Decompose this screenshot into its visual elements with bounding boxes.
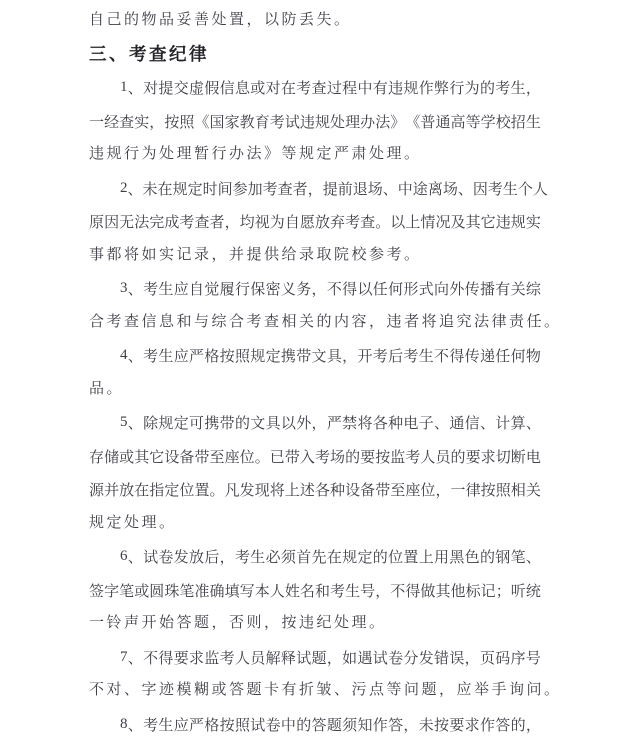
text-char: 考 xyxy=(220,647,235,668)
text-line: 违规行为处理暂行办法》等规定严肃处理。 xyxy=(89,138,541,172)
text-char: ， xyxy=(526,77,541,98)
text-char: 题 xyxy=(312,647,327,668)
text-char: ， xyxy=(375,580,390,601)
text-char: 4 xyxy=(120,347,128,364)
text-char: 考 xyxy=(315,446,330,467)
text-char: 现 xyxy=(255,479,270,500)
text-char: 、 xyxy=(128,278,143,299)
text-line: 8、考生应严格按照试卷中的答题须知作答，未按要求作答的， xyxy=(89,708,541,742)
text-char: 考 xyxy=(373,345,388,366)
text-char: 须 xyxy=(342,714,357,735)
text-char: 格 xyxy=(204,714,219,735)
text-char: 考 xyxy=(143,714,158,735)
text-char: 查 xyxy=(194,211,209,232)
text-char: 息 xyxy=(235,77,250,98)
text-char: 带 xyxy=(296,345,311,366)
text-char: ， xyxy=(342,345,357,366)
text-char: 有 xyxy=(373,77,388,98)
text-char: 定 xyxy=(188,178,203,199)
text-char: 色 xyxy=(465,546,480,567)
text-char: 监 xyxy=(390,446,405,467)
text-char: ； xyxy=(496,580,511,601)
text-char: 1 xyxy=(120,79,128,96)
text-char: 相 xyxy=(511,479,526,500)
text-char: 各 xyxy=(315,479,330,500)
text-char: 行 xyxy=(449,77,464,98)
text-char: 圆 xyxy=(149,580,164,601)
text-char: 已 xyxy=(270,446,285,467)
text-char: 何 xyxy=(388,278,403,299)
text-char: 他 xyxy=(451,580,466,601)
text-line: 原因无法完成考查者，均视为自愿放弃考查。以上情况及其它违规实 xyxy=(89,205,541,239)
text-char: 招 xyxy=(511,111,526,132)
text-char: 监 xyxy=(204,647,219,668)
text-char: 文 xyxy=(250,412,265,433)
text-char: 卷 xyxy=(266,714,281,735)
text-char: 求 xyxy=(189,647,204,668)
text-char: 指 xyxy=(149,479,164,500)
text-char: 以 xyxy=(390,211,405,232)
text-char: 外 xyxy=(449,278,464,299)
text-char: 假 xyxy=(204,77,219,98)
text-char: 生 xyxy=(511,77,526,98)
text-char: 珠 xyxy=(164,580,179,601)
text-char: 具 xyxy=(266,412,281,433)
text-char: 查 xyxy=(312,77,327,98)
text-char: 中 xyxy=(357,77,372,98)
text-char: 将 xyxy=(357,412,372,433)
text-char: 确 xyxy=(210,580,225,601)
text-line: 源并放在指定位置。凡发现将上述各种设备带至座位，一律按照相关 xyxy=(89,473,541,507)
text-char: 一 xyxy=(89,111,104,132)
text-char: 《 xyxy=(405,111,420,132)
text-char: 实 xyxy=(134,111,149,132)
text-char: 要 xyxy=(174,647,189,668)
text-char: 考 xyxy=(495,77,510,98)
text-char: 文 xyxy=(312,345,327,366)
text-char: 求 xyxy=(481,446,496,467)
text-char: 照 xyxy=(179,111,194,132)
text-char: 按 xyxy=(375,446,390,467)
text-char: 愿 xyxy=(300,211,315,232)
text-char: 试 xyxy=(285,111,300,132)
text-char: 其 xyxy=(435,580,450,601)
text-char: 种 xyxy=(330,479,345,500)
text-char: 查 xyxy=(119,111,134,132)
text-char: 笔 xyxy=(179,580,194,601)
text-char: 备 xyxy=(360,479,375,500)
text-char: 时 xyxy=(203,178,218,199)
text-char: 不 xyxy=(327,278,342,299)
text-char: 生 xyxy=(158,714,173,735)
text-char: 违 xyxy=(300,111,315,132)
text-char: 因 xyxy=(104,211,119,232)
text-char: 试 xyxy=(250,714,265,735)
text-char: 用 xyxy=(434,546,449,567)
text-char: 离 xyxy=(428,178,443,199)
text-char: 照 xyxy=(235,714,250,735)
text-char: 先 xyxy=(312,546,327,567)
text-char: 生 xyxy=(526,111,541,132)
text-char: 要 xyxy=(449,714,464,735)
text-char: 自 xyxy=(189,278,204,299)
text-char: 得 xyxy=(158,647,173,668)
text-char: 关 xyxy=(511,278,526,299)
text-char: 为 xyxy=(270,211,285,232)
text-line: 7、不得要求监考人员解释试题，如遇试卷分发错误，页码序号 xyxy=(89,641,541,675)
text-char: 生 xyxy=(158,278,173,299)
text-char: 应 xyxy=(174,714,189,735)
text-char: 的 xyxy=(480,77,495,98)
text-char: 生 xyxy=(250,546,265,567)
text-char: 要 xyxy=(360,446,375,467)
text-char: 规 xyxy=(342,546,357,567)
section-heading: 三、考查纪律 xyxy=(89,38,541,72)
text-char: 参 xyxy=(233,178,248,199)
text-char: 关 xyxy=(526,479,541,500)
text-char: 笔 xyxy=(119,580,134,601)
text-char: 上 xyxy=(285,479,300,500)
text-char: 标 xyxy=(466,580,481,601)
text-char: 错 xyxy=(434,647,449,668)
text-line: 不对、字迹模糊或答题卡有折皱、污点等问题，应举手询问。 xyxy=(89,674,541,708)
text-char: 姓 xyxy=(285,580,300,601)
text-char: 5 xyxy=(120,414,128,431)
text-char: 上 xyxy=(419,546,434,567)
text-char: 考 xyxy=(488,178,503,199)
text-char: 何 xyxy=(511,345,526,366)
text-char: ， xyxy=(465,647,480,668)
text-char: ， xyxy=(403,714,418,735)
text-char: 禁 xyxy=(342,412,357,433)
text-line: 规定处理。 xyxy=(89,507,541,541)
text-char: 况 xyxy=(435,211,450,232)
text-line: 一经查实，按照《国家教育考试违规处理办法》《普通高等学校招生 xyxy=(89,105,541,139)
text-char: 校 xyxy=(496,111,511,132)
text-char: 、 xyxy=(383,178,398,199)
text-char: ， xyxy=(312,412,327,433)
text-line: 5、除规定可携带的文具以外，严禁将各种电子、通信、计算、 xyxy=(89,406,541,440)
text-char: 、 xyxy=(526,412,541,433)
text-char: 存 xyxy=(89,446,104,467)
text-char: 卷 xyxy=(388,647,403,668)
text-char: 种 xyxy=(388,412,403,433)
text-char: 准 xyxy=(194,580,209,601)
text-char: 名 xyxy=(300,580,315,601)
text-char: 放 xyxy=(315,211,330,232)
text-char: 场 xyxy=(368,178,383,199)
text-char: 带 xyxy=(220,412,235,433)
text-char: 算 xyxy=(511,412,526,433)
text-char: 过 xyxy=(327,77,342,98)
text-line: 6、试卷发放后，考生必须首先在规定的位置上用黑色的钢笔、 xyxy=(89,540,541,574)
text-char: 子 xyxy=(419,412,434,433)
text-line: 2、未在规定时间参加考查者，提前退场、中途离场、因考生个人 xyxy=(89,172,541,206)
text-char: ， xyxy=(220,546,235,567)
text-char: 务 xyxy=(296,278,311,299)
text-char: 递 xyxy=(480,345,495,366)
text-char: 不 xyxy=(143,647,158,668)
text-char: 等 xyxy=(466,111,481,132)
text-char: 储 xyxy=(104,446,119,467)
text-char: 者 xyxy=(210,211,225,232)
text-char: 它 xyxy=(481,211,496,232)
text-char: 带 xyxy=(285,446,300,467)
text-char: 国 xyxy=(210,111,225,132)
text-char: ， xyxy=(149,111,164,132)
text-char: 》 xyxy=(390,111,405,132)
text-char: 不 xyxy=(390,580,405,601)
text-char: 场 xyxy=(330,446,345,467)
text-char: 严 xyxy=(189,345,204,366)
text-char: 至 xyxy=(390,479,405,500)
text-char: 卷 xyxy=(158,546,173,567)
text-char: 分 xyxy=(403,647,418,668)
text-char: 它 xyxy=(149,446,164,467)
text-char: 格 xyxy=(204,345,219,366)
text-char: 的 xyxy=(345,446,360,467)
text-char: 高 xyxy=(451,111,466,132)
text-char: 规 xyxy=(158,412,173,433)
text-char: 律 xyxy=(466,479,481,500)
text-char: 、 xyxy=(128,345,143,366)
text-char: 一 xyxy=(451,479,466,500)
text-char: 的 xyxy=(296,714,311,735)
text-char: 的 xyxy=(373,546,388,567)
text-char: 电 xyxy=(526,446,541,467)
text-char: 或 xyxy=(250,77,265,98)
text-char: 号 xyxy=(526,647,541,668)
document-page: 自己的物品妥善处置，以防丢失。三、考查纪律1、对提交虚假信息或对在考查过程中有违… xyxy=(0,0,628,744)
text-char: 保 xyxy=(250,278,265,299)
text-char: 切 xyxy=(496,446,511,467)
text-char: 以 xyxy=(281,412,296,433)
text-char: 放 xyxy=(189,546,204,567)
text-char: 加 xyxy=(248,178,263,199)
text-char: 上 xyxy=(405,211,420,232)
text-char: 、 xyxy=(526,546,541,567)
text-char: 无 xyxy=(119,211,134,232)
text-char: 传 xyxy=(465,345,480,366)
text-char: 座 xyxy=(405,479,420,500)
text-char: 位 xyxy=(420,479,435,500)
text-char: 应 xyxy=(174,278,189,299)
text-char: 设 xyxy=(164,446,179,467)
text-char: 3 xyxy=(120,280,128,297)
text-char: 、 xyxy=(458,178,473,199)
text-char: 入 xyxy=(300,446,315,467)
text-char: 考 xyxy=(270,111,285,132)
text-char: 答 xyxy=(388,714,403,735)
text-char: 其 xyxy=(134,446,149,467)
text-char: 不 xyxy=(434,345,449,366)
text-char: 源 xyxy=(89,479,104,500)
text-char: 处 xyxy=(330,111,345,132)
text-char: 座 xyxy=(225,446,240,467)
text-char: 考 xyxy=(405,446,420,467)
text-char: 得 xyxy=(449,345,464,366)
text-char: 《 xyxy=(194,111,209,132)
text-char: 后 xyxy=(204,546,219,567)
document-body: 自己的物品妥善处置，以防丢失。三、考查纪律1、对提交虚假信息或对在考查过程中有违… xyxy=(0,0,541,741)
text-char: 定 xyxy=(357,546,372,567)
text-char: 页 xyxy=(480,647,495,668)
text-char: 得 xyxy=(405,580,420,601)
text-char: 规 xyxy=(250,345,265,366)
text-char: 在 xyxy=(134,479,149,500)
text-char: 应 xyxy=(174,345,189,366)
text-char: 将 xyxy=(270,479,285,500)
text-char: 实 xyxy=(526,211,541,232)
text-char: 序 xyxy=(511,647,526,668)
text-char: 。 xyxy=(210,479,225,500)
text-char: 生 xyxy=(503,178,518,199)
text-char: 统 xyxy=(526,580,541,601)
text-char: 。 xyxy=(255,446,270,467)
text-char: 普 xyxy=(420,111,435,132)
text-char: 有 xyxy=(495,278,510,299)
text-line: 3、考生应自觉履行保密义务，不得以任何形式向外传播有关综 xyxy=(89,272,541,306)
text-char: 凡 xyxy=(225,479,240,500)
text-char: 设 xyxy=(345,479,360,500)
text-char: 及 xyxy=(451,211,466,232)
text-char: 者 xyxy=(293,178,308,199)
text-char: 规 xyxy=(403,77,418,98)
text-char: 发 xyxy=(419,647,434,668)
text-char: 、 xyxy=(128,412,143,433)
text-line: 签字笔或圆珠笔准确填写本人姓名和考生号，不得做其他标记；听统 xyxy=(89,574,541,608)
text-char: ， xyxy=(327,647,342,668)
text-char: 法 xyxy=(375,111,390,132)
text-char: 如 xyxy=(342,647,357,668)
text-char: 考 xyxy=(403,345,418,366)
text-char: 退 xyxy=(353,178,368,199)
text-char: 提 xyxy=(158,77,173,98)
text-char: 答 xyxy=(312,714,327,735)
text-char: 、 xyxy=(434,412,449,433)
text-char: 按 xyxy=(481,479,496,500)
text-char: 违 xyxy=(388,77,403,98)
text-char: 播 xyxy=(480,278,495,299)
text-char: 以 xyxy=(357,278,372,299)
text-char: 向 xyxy=(434,278,449,299)
text-line: 一铃声开始答题，否则，按违纪处理。 xyxy=(89,607,541,641)
text-char: 位 xyxy=(388,546,403,567)
text-char: 因 xyxy=(473,178,488,199)
text-char: 考 xyxy=(345,211,360,232)
text-char: ， xyxy=(308,178,323,199)
text-char: 作 xyxy=(480,714,495,735)
text-char: 释 xyxy=(281,647,296,668)
text-char: 严 xyxy=(189,714,204,735)
text-char: 携 xyxy=(281,345,296,366)
text-char: 生 xyxy=(158,345,173,366)
text-line: 1、对提交虚假信息或对在考查过程中有违规作弊行为的考生， xyxy=(89,71,541,105)
text-char: 试 xyxy=(296,647,311,668)
text-char: 对 xyxy=(266,77,281,98)
text-char: 做 xyxy=(420,580,435,601)
text-char: 办 xyxy=(360,111,375,132)
text-char: 个 xyxy=(518,178,533,199)
text-char: 、 xyxy=(128,647,143,668)
text-char: 本 xyxy=(255,580,270,601)
text-char: 发 xyxy=(174,546,189,567)
text-line: 自己的物品妥善处置，以防丢失。 xyxy=(89,4,541,38)
text-char: 、 xyxy=(128,178,143,199)
text-char: 作 xyxy=(419,77,434,98)
text-char: 按 xyxy=(434,714,449,735)
text-char: 具 xyxy=(327,345,342,366)
text-char: 履 xyxy=(220,278,235,299)
text-char: 规 xyxy=(511,211,526,232)
text-char: 生 xyxy=(419,345,434,366)
text-char: 定 xyxy=(174,412,189,433)
text-char: 照 xyxy=(235,345,250,366)
text-char: 学 xyxy=(481,111,496,132)
text-char: 至 xyxy=(210,446,225,467)
text-char: 写 xyxy=(240,580,255,601)
text-char: 求 xyxy=(465,714,480,735)
text-char: 外 xyxy=(296,412,311,433)
text-char: 程 xyxy=(342,77,357,98)
text-char: 和 xyxy=(315,580,330,601)
text-char: 述 xyxy=(300,479,315,500)
text-char: ， xyxy=(312,278,327,299)
text-char: 置 xyxy=(403,546,418,567)
text-char: 在 xyxy=(281,77,296,98)
text-char: 7 xyxy=(120,649,128,666)
text-char: 按 xyxy=(164,111,179,132)
text-char: 考 xyxy=(296,77,311,98)
text-char: 信 xyxy=(220,77,235,98)
text-char: 并 xyxy=(104,479,119,500)
text-char: 前 xyxy=(338,178,353,199)
text-char: 。 xyxy=(375,211,390,232)
text-char: 考 xyxy=(330,580,345,601)
text-char: 题 xyxy=(327,714,342,735)
text-char: 其 xyxy=(466,211,481,232)
text-char: 任 xyxy=(495,345,510,366)
text-char: 未 xyxy=(419,714,434,735)
text-char: 弃 xyxy=(330,211,345,232)
text-char: 黑 xyxy=(449,546,464,567)
text-char: 成 xyxy=(164,211,179,232)
text-char: 听 xyxy=(511,580,526,601)
text-char: 物 xyxy=(526,345,541,366)
text-char: 任 xyxy=(373,278,388,299)
text-char: 误 xyxy=(449,647,464,668)
text-char: 查 xyxy=(278,178,293,199)
text-char: 或 xyxy=(134,580,149,601)
text-char: 电 xyxy=(403,412,418,433)
text-char: 传 xyxy=(465,278,480,299)
text-char: 要 xyxy=(466,446,481,467)
text-char: 经 xyxy=(104,111,119,132)
text-char: 在 xyxy=(327,546,342,567)
text-line: 存储或其它设备带至座位。已带入考场的要按监考人员的要求切断电 xyxy=(89,440,541,474)
text-char: 首 xyxy=(296,546,311,567)
text-char: 综 xyxy=(526,278,541,299)
text-char: 提 xyxy=(323,178,338,199)
text-char: 定 xyxy=(164,479,179,500)
text-char: 信 xyxy=(465,412,480,433)
text-char: 弊 xyxy=(434,77,449,98)
text-char: 断 xyxy=(511,446,526,467)
text-char: 的 xyxy=(451,446,466,467)
text-char: 的 xyxy=(511,714,526,735)
text-char: 考 xyxy=(263,178,278,199)
text-char: 行 xyxy=(235,278,250,299)
